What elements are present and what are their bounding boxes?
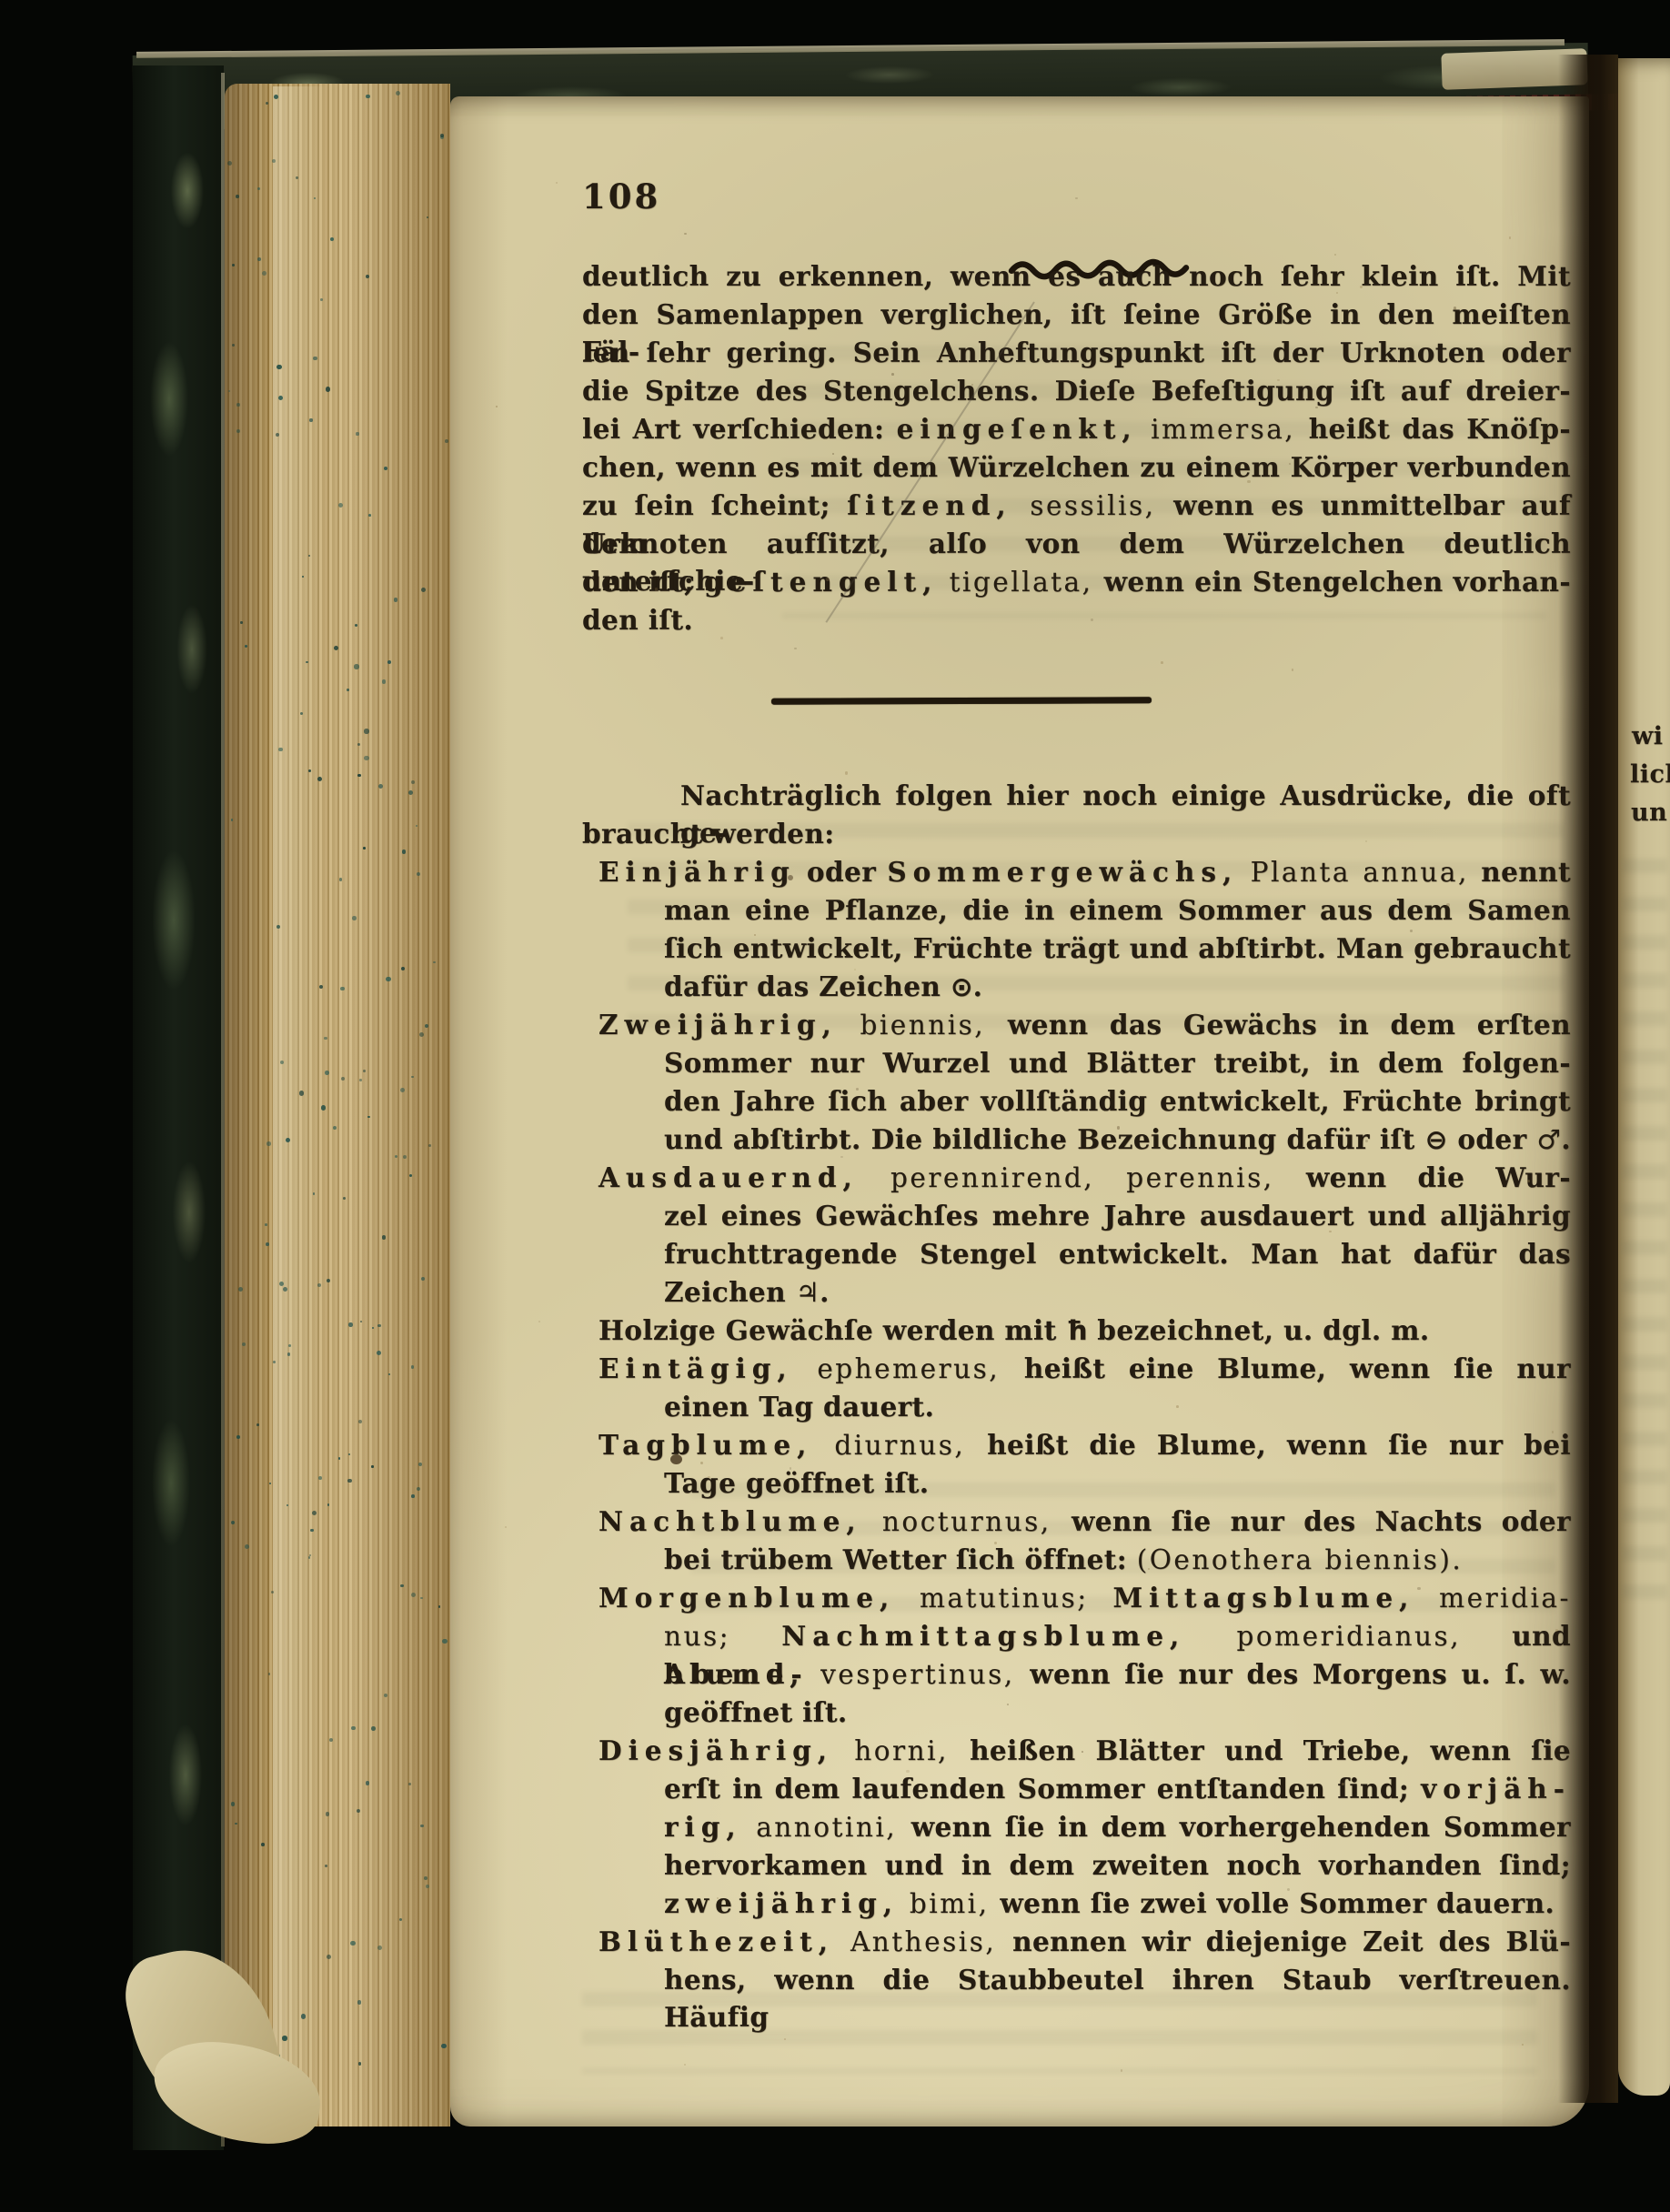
text-line: Diesjährig, horni, heißen Blätter und Tr… (599, 1732, 1571, 1770)
edge-speckle (442, 1639, 447, 1644)
text-segment: den iſt; (582, 566, 704, 598)
edge-speckle (350, 1941, 355, 1946)
text-line: Ausdauernd, perennirend, perennis, wenn … (599, 1159, 1571, 1197)
edge-speckle (320, 298, 323, 301)
paper-fleck (1336, 292, 1338, 294)
paper-fleck (1527, 1180, 1530, 1182)
edge-speckle (359, 1079, 362, 1081)
text-segment: den Jahre ſich aber vollſtändig entwicke… (664, 1085, 1571, 1117)
paper-fleck (717, 1897, 719, 1899)
edge-speckle (364, 729, 368, 733)
edge-speckle (267, 1141, 270, 1145)
text-line: Zeichen ♃. (664, 1273, 1571, 1312)
edge-speckle (314, 197, 316, 199)
edge-speckle (427, 216, 428, 218)
text-line: den iſt. (582, 601, 1571, 638)
edge-speckle (424, 1876, 428, 1880)
text-segment: oder (796, 856, 888, 888)
edge-speckle (348, 1322, 352, 1326)
text-segment: tigellata, (938, 567, 1103, 598)
edge-speckle (368, 514, 371, 517)
text-segment: vorjäh- (1421, 1773, 1571, 1805)
paper-fleck (832, 453, 834, 455)
text-line: einen Tag dauert. (664, 1388, 1571, 1425)
text-segment: ſich entwickelt, Früchte trägt und abſti… (664, 932, 1571, 964)
edge-speckle (278, 396, 283, 400)
text-segment: wenn ſie zwei volle Sommer dauern. (1000, 1887, 1554, 1919)
edge-speckle (325, 1071, 329, 1075)
edge-speckle (274, 95, 278, 99)
text-segment: bei trübem Wetter ſich öffnet: (664, 1543, 1137, 1575)
edge-speckle (317, 1283, 321, 1287)
paper-fleck (720, 637, 723, 639)
scanned-book-page: 108 deutlich zu erkennen, wenn es auch n… (0, 0, 1670, 2212)
text-segment: vespertinus, (806, 1659, 1031, 1690)
text-line: dafür das Zeichen ⊙. (664, 968, 1571, 1006)
text-segment: hervorkamen und in dem zweiten noch vorh… (664, 1849, 1571, 1881)
text-segment: ſitzend, (847, 489, 1011, 521)
text-segment: wenn ein Stengelchen vorhan- (1104, 566, 1571, 598)
text-segment: len ſehr gering. Sein Anheftungspunkt iſ… (582, 337, 1571, 368)
edge-speckle (440, 134, 444, 137)
text-segment: Blüthezeit, (599, 1925, 834, 1957)
text-line: Tage geöffnet iſt. (664, 1464, 1571, 1502)
paper-fleck (1159, 550, 1161, 552)
text-segment: Morgenblume, (599, 1582, 895, 1614)
edge-speckle (299, 1091, 304, 1095)
text-segment: nus; (664, 1621, 781, 1652)
edge-speckle (245, 1544, 249, 1549)
text-line: geöffnet iſt. (664, 1694, 1571, 1731)
edge-speckle (352, 916, 357, 920)
edge-speckle (367, 1116, 370, 1119)
edge-speckle (340, 987, 344, 990)
edge-speckle (420, 1597, 423, 1600)
edge-speckle (326, 1812, 329, 1815)
text-line: hervorkamen und in dem zweiten noch vorh… (664, 1846, 1571, 1884)
text-line: braucht werden: (582, 815, 1571, 852)
edge-speckle (333, 1126, 337, 1130)
edge-speckle (438, 1605, 440, 1607)
edge-speckle (357, 774, 361, 778)
edge-speckle (277, 365, 281, 369)
text-segment: sessilis, (1012, 490, 1174, 521)
edge-speckle (384, 1694, 387, 1697)
next-page-sliver (1618, 58, 1670, 2096)
text-segment: (Oenothera biennis). (1137, 1544, 1464, 1575)
text-line: bei trübem Wetter ſich öffnet: (Oenother… (664, 1541, 1571, 1579)
next-page-text-fragment: lich (1630, 760, 1670, 789)
marbled-cover-edge (133, 65, 224, 2150)
paper-fleck (1148, 1568, 1150, 1570)
section-rule (771, 697, 1152, 704)
edge-speckle (271, 1591, 274, 1594)
text-segment: dafür das Zeichen (664, 970, 951, 1002)
text-segment: nennen wir diejenige Zeit des Blü- (1012, 1925, 1571, 1957)
edge-speckle (421, 588, 426, 592)
text-segment: Mittagsblume, (1112, 1582, 1414, 1614)
text-line: Zweijährig, biennis, wenn das Gewächs in… (599, 1006, 1571, 1044)
text-segment: hens, wenn die Staubbeutel ihren Staub v… (664, 1964, 1571, 2033)
text-segment: wenn ſie in dem vorhergehenden Sommer (911, 1811, 1571, 1843)
text-line: zel eines Gewächſes mehre Jahre ausdauer… (664, 1197, 1571, 1234)
text-line: fruchttragende Stengel entwickelt. Man h… (664, 1235, 1571, 1272)
text-segment: deutlich zu erkennen, wenn es auch noch … (582, 260, 1571, 292)
text-segment: heißt die Blume, wenn ſie nur bei (987, 1429, 1571, 1461)
edge-speckle (382, 1235, 386, 1239)
edge-speckle (236, 1435, 240, 1439)
edge-speckle (418, 1463, 422, 1466)
text-segment: wenn das Gewächs in dem erſten (1008, 1009, 1571, 1041)
paper-fleck (1555, 1629, 1558, 1632)
edge-speckle (358, 2062, 362, 2066)
edge-speckle (339, 878, 342, 880)
fore-edge-page-stack (225, 84, 450, 2127)
edge-speckle (371, 1465, 373, 1467)
edge-speckle (236, 195, 239, 198)
paper-fleck (1292, 669, 1294, 671)
text-segment: Zweijährig, (599, 1009, 838, 1041)
paper-fleck (700, 1462, 703, 1464)
text-segment: Tage geöffnet iſt. (664, 1467, 929, 1499)
edge-speckle (321, 1105, 326, 1110)
text-line: Nachtblume, nocturnus, wenn ſie nur des … (599, 1503, 1571, 1541)
text-segment: Sommer nur Wurzel und Blätter treibt, in… (664, 1047, 1571, 1079)
text-segment: oder (1447, 1123, 1536, 1155)
text-segment: . (820, 1276, 830, 1308)
text-line: deutlich zu erkennen, wenn es auch noch … (582, 257, 1571, 295)
edge-speckle (411, 1365, 414, 1368)
paper-fleck (856, 1088, 859, 1091)
text-segment: rig, (664, 1811, 742, 1843)
paper-fleck (1552, 1431, 1554, 1433)
text-segment: biennis, (838, 1010, 1008, 1041)
text-segment: wenn ſie nur des Nachts oder (1071, 1505, 1571, 1537)
edge-speckle (236, 403, 240, 407)
text-segment: fruchttragende Stengel entwickelt. Man h… (664, 1238, 1571, 1270)
text-segment: perennirend, perennis, (859, 1162, 1306, 1193)
edge-speckle (309, 418, 312, 421)
edge-speckle (287, 1352, 291, 1356)
edge-speckle (272, 159, 276, 163)
paper-fleck (1454, 307, 1457, 310)
botanical-symbol: ♃ (796, 1277, 820, 1308)
text-segment: Ausdauernd, (599, 1161, 859, 1193)
text-segment: die Spitze des Stengelchens. Dieſe Befeſ… (582, 375, 1571, 407)
edge-speckle (354, 664, 358, 669)
text-segment: Zeichen (664, 1276, 796, 1308)
text-segment: Nachtblume, (599, 1505, 862, 1537)
text-segment: Tagblume, (599, 1429, 812, 1461)
text-segment: braucht werden: (582, 818, 834, 850)
edge-speckle (262, 271, 267, 276)
edge-speckle (277, 925, 280, 929)
edge-speckle (394, 598, 397, 601)
text-segment: bezeichnet, u. dgl. m. (1088, 1314, 1430, 1346)
edge-speckle (377, 1324, 381, 1328)
edge-speckle (330, 237, 334, 241)
text-segment: Sommergewächs, (887, 856, 1238, 888)
edge-speckle (261, 1843, 265, 1846)
edge-speckle (366, 95, 370, 99)
text-line: len ſehr gering. Sein Anheftungspunkt iſ… (582, 334, 1571, 371)
edge-speckle (288, 1344, 291, 1347)
edge-speckle (257, 257, 261, 261)
text-line: Einjährig oder Sommergewächs, Planta ann… (599, 853, 1571, 891)
edge-speckle (400, 1584, 403, 1587)
text-segment: pomeridianus, (1185, 1621, 1512, 1652)
text-segment: nocturnus, (862, 1506, 1071, 1537)
text-segment: erſt in dem laufenden Sommer entſtanden … (664, 1773, 1421, 1805)
edge-speckle (338, 1457, 341, 1460)
paper-fleck (1247, 480, 1251, 484)
text-segment: zel eines Gewächſes mehre Jahre ausdauer… (664, 1200, 1571, 1232)
paper-fleck (1315, 407, 1318, 409)
text-line: den iſt; geſtengelt, tigellata, wenn ein… (582, 563, 1571, 601)
text-segment: bimi, (899, 1888, 1000, 1919)
edge-speckle (341, 1077, 346, 1081)
text-segment: geöffnet iſt. (664, 1696, 848, 1728)
text-segment: ephemerus, (793, 1353, 1024, 1384)
paper-fleck (826, 578, 830, 581)
text-line: ſich entwickelt, Früchte trägt und abſti… (664, 930, 1571, 967)
text-segment: meridia- (1414, 1583, 1571, 1614)
text-segment: Planta annua, (1238, 857, 1481, 888)
edge-speckle (428, 1144, 431, 1147)
text-segment: wenn die Wur- (1306, 1161, 1571, 1193)
paper-fleck (1522, 2044, 1524, 2046)
text-segment: wenn ſie nur des Morgens u. ſ. w. (1030, 1658, 1571, 1690)
next-page-text-fragment: un (1631, 799, 1667, 827)
text-segment: Anthesis, (834, 1926, 1012, 1957)
edge-speckle (348, 1453, 351, 1456)
edge-speckle (357, 2000, 362, 2005)
paper-fleck (1343, 1825, 1346, 1829)
text-segment: und abſtirbt. Die bildliche Bezeichnung … (664, 1123, 1425, 1155)
edge-speckle (399, 1918, 402, 1921)
edge-speckle (411, 1494, 415, 1498)
paper-fleck (1176, 1405, 1179, 1408)
paper-fleck (1330, 1062, 1332, 1064)
edge-speckle (232, 344, 235, 347)
edge-speckle (421, 1277, 425, 1281)
showthrough-patch (1622, 859, 1667, 1604)
paper-fleck (845, 771, 849, 775)
botanical-symbol: ħ (1066, 1315, 1087, 1346)
botanical-symbol: ⊖ (1425, 1124, 1448, 1155)
text-line: den Jahre ſich aber vollſtändig entwicke… (664, 1082, 1571, 1120)
edge-speckle (417, 872, 420, 876)
text-segment: . (973, 970, 983, 1002)
text-segment: matutinus; (895, 1583, 1112, 1614)
page-number: 108 (582, 176, 660, 216)
text-segment: heißt das Knöſp- (1309, 413, 1571, 445)
edge-speckle (400, 1088, 405, 1092)
text-segment: annotini, (742, 1812, 911, 1843)
edge-speckle (371, 1726, 376, 1731)
text-segment: geſtengelt, (704, 566, 938, 598)
text-segment: Nachmittagsblume, (781, 1620, 1185, 1652)
edge-speckle (364, 756, 368, 760)
edge-speckle (268, 1673, 270, 1674)
ink-blot (670, 1454, 682, 1464)
edge-speckle (318, 1476, 322, 1480)
text-line: die Spitze des Stengelchens. Dieſe Befeſ… (582, 372, 1571, 409)
edge-speckle (395, 1155, 397, 1158)
botanical-symbol: ⊙ (951, 971, 973, 1002)
text-line: Sommer nur Wurzel und Blätter treibt, in… (664, 1044, 1571, 1081)
edge-speckle (308, 1556, 311, 1559)
text-segment: Eintägig, (599, 1352, 793, 1384)
edge-speckle (358, 1420, 362, 1423)
text-segment: lei Art verſchieden: (582, 413, 897, 445)
edge-speckle (231, 819, 233, 820)
edge-speckle (327, 1955, 331, 1959)
paper-fleck (836, 1394, 838, 1396)
fore-edge-soft-band (273, 86, 327, 2124)
edge-speckle (420, 1825, 423, 1827)
paper-fleck (1417, 1587, 1420, 1590)
edge-speckle (278, 748, 282, 751)
paper-fleck (684, 233, 686, 235)
paper-fleck (790, 1467, 791, 1469)
text-line: lei Art verſchieden: eingeſenkt, immersa… (582, 410, 1571, 448)
text-line: zweijährig, bimi, wenn ſie zwei volle So… (664, 1885, 1571, 1923)
edge-speckle (240, 621, 242, 623)
text-segment: eingeſenkt, (897, 413, 1138, 445)
text-line: Morgenblume, matutinus; Mittagsblume, me… (599, 1579, 1571, 1617)
edge-speckle (242, 1342, 246, 1346)
text-line: man eine Pflanze, die in einem Sommer au… (664, 891, 1571, 929)
text-line: erſt in dem laufenden Sommer entſtanden … (664, 1770, 1571, 1807)
paper-fleck (1410, 930, 1413, 932)
edge-speckle (266, 1242, 269, 1246)
text-line: blume, vespertinus, wenn ſie nur des Mor… (664, 1655, 1571, 1694)
edge-speckle (441, 2044, 446, 2048)
text-segment: immersa, (1138, 414, 1309, 445)
text-segment: blume, (664, 1658, 806, 1690)
paper-fleck (906, 1770, 909, 1773)
edge-speckle (326, 387, 330, 391)
text-segment: horni, (833, 1735, 970, 1766)
paper-fleck (891, 373, 894, 376)
text-segment: Holzige Gewächſe werden mit (599, 1314, 1066, 1346)
edge-speckle (386, 977, 390, 981)
paper-fleck (1042, 1785, 1045, 1788)
edge-speckle (280, 1061, 284, 1064)
next-page-text-fragment: wi (1632, 722, 1664, 750)
text-segment: chen, wenn es mit dem Würzelchen zu eine… (582, 451, 1571, 483)
paper-fleck (1075, 197, 1077, 199)
edge-speckle (347, 1479, 352, 1483)
text-segment: diurnus, (812, 1430, 987, 1461)
text-segment: zweijährig, (664, 1887, 899, 1919)
paper-speck (788, 875, 793, 880)
text-line: chen, wenn es mit dem Würzelchen zu eine… (582, 448, 1571, 486)
edge-speckle (425, 1024, 428, 1028)
text-line: rig, annotini, wenn ſie in dem vorhergeh… (664, 1808, 1571, 1846)
text-segment: heißen Blätter und Triebe, wenn ſie (970, 1734, 1571, 1766)
text-line: Eintägig, ephemerus, heißt eine Blume, w… (599, 1350, 1571, 1388)
edge-speckle (282, 2036, 287, 2040)
edge-speckle (265, 1223, 267, 1226)
paper-fleck (1342, 1783, 1344, 1785)
edge-speckle (235, 1823, 237, 1825)
paper-fleck (496, 406, 498, 407)
text-segment: einen Tag dauert. (664, 1391, 934, 1423)
text-segment: Diesjährig, (599, 1734, 833, 1766)
text-segment: zu ſein ſcheint; (582, 489, 847, 521)
text-segment: den iſt. (582, 604, 693, 636)
paper-fleck (1446, 903, 1450, 907)
paper-fleck (794, 648, 797, 650)
text-line: Blüthezeit, Anthesis, nennen wir diejeni… (599, 1923, 1571, 1961)
edge-speckle (403, 1155, 407, 1159)
edge-speckle (363, 847, 366, 850)
text-line: hens, wenn die Staubbeutel ihren Staub v… (664, 1961, 1571, 2036)
text-line: Tagblume, diurnus, heißt die Blume, wenn… (599, 1426, 1571, 1464)
text-line: Holzige Gewächſe werden mit ħ bezeichnet… (599, 1312, 1571, 1350)
text-segment: man eine Pflanze, die in einem Sommer au… (664, 894, 1571, 926)
paper-fleck (1334, 254, 1336, 256)
edge-speckle (296, 176, 297, 178)
edge-speckle (301, 2014, 306, 2018)
edge-speckle (356, 432, 358, 435)
paper-fleck (1402, 1930, 1404, 1933)
text-segment: Einjährig (599, 856, 796, 888)
paper-fleck (840, 1156, 842, 1158)
gutter-shadow (1558, 55, 1618, 2103)
text-segment: heißt eine Blume, wenn ſie nur (1024, 1352, 1571, 1384)
